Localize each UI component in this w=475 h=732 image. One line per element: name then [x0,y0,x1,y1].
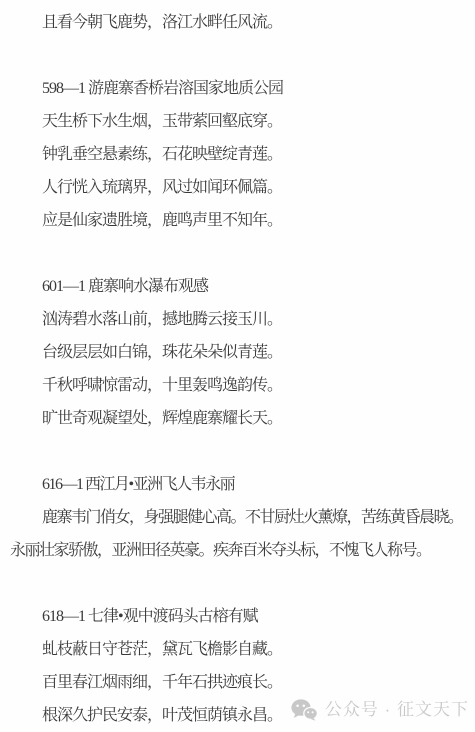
poem-section-598: 598—1 游鹿寨香桥岩溶国家地质公园 天生桥下水生烟，玉带萦回壑底穿。 钟乳垂… [42,72,467,237]
poem-line: 旷世奇观凝望处，辉煌鹿寨耀长天。 [42,402,467,435]
poem-line: 天生桥下水生烟，玉带萦回壑底穿。 [42,105,467,138]
poem-section-601: 601—1 鹿寨响水瀑布观感 汹涛碧水落山前，撼地腾云接玉川。 台级层层如白锦，… [42,270,467,435]
poem-line: 汹涛碧水落山前，撼地腾云接玉川。 [42,303,467,336]
document-page: 且看今朝飞鹿势，洛江水畔任风流。 598—1 游鹿寨香桥岩溶国家地质公园 天生桥… [0,0,475,732]
poem-section-616: 616—1 西江月•亚洲飞人韦永丽 鹿寨韦门俏女，身强腿健心高。不甘厨灶火薰燎，… [42,468,467,567]
poem-title: 601—1 鹿寨响水瀑布观感 [42,270,467,303]
poem-line: 永丽壮家骄傲，亚洲田径英豪。疾奔百米夺头标，不愧飞人称号。 [10,534,467,567]
poem-line: 虬枝蔽日守苍茫，黛瓦飞檐影自藏。 [42,633,467,666]
poem-title: 598—1 游鹿寨香桥岩溶国家地质公园 [42,72,467,105]
poem-line: 钟乳垂空悬素练，石花映壁绽青莲。 [42,138,467,171]
poem-line: 且看今朝飞鹿势，洛江水畔任风流。 [42,6,467,39]
poem-line: 人行恍入琉璃界，风过如闻环佩篇。 [42,171,467,204]
wechat-bubbles-icon [291,699,318,721]
poem-title: 616—1 西江月•亚洲飞人韦永丽 [42,468,467,501]
watermark-label: 公众号 · 征文天下 [325,699,469,721]
poem-title: 618—1 七律•观中渡码头古榕有赋 [42,600,467,633]
poem-line: 百里春江烟雨细，千年石拱迹痕长。 [42,666,467,699]
poem-line: 应是仙家遗胜境，鹿鸣声里不知年。 [42,204,467,237]
watermark: 公众号 · 征文天下 [291,699,469,721]
poem-line: 鹿寨韦门俏女，身强腿健心高。不甘厨灶火薰燎，苦练黄昏晨晓。 [42,501,467,534]
poem-line: 千秋呼啸惊雷动，十里轰鸣逸韵传。 [42,369,467,402]
poem-line: 台级层层如白锦，珠花朵朵似青莲。 [42,336,467,369]
